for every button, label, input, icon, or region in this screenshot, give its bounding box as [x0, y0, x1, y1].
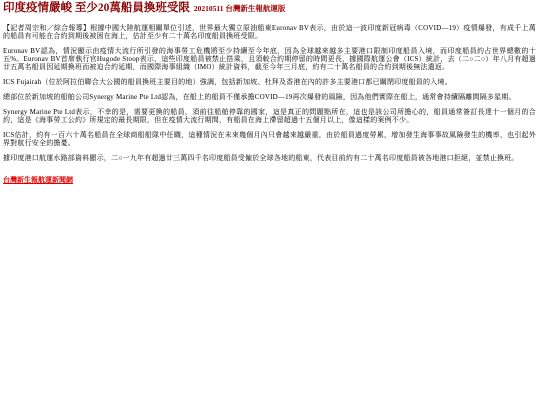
page-title: 印度疫情嚴峻 至少20萬船員換班受限20210511 台灣新生報航運版	[3, 2, 536, 15]
paragraph: ICS Fujairah（位於阿拉伯聯合大公國的船員換班主要目的地）強調，包括新…	[3, 78, 536, 86]
paragraph-lead: 【記者周宗和／綜合報導】根據中國大陸航運相關單位引述，世界最大獨立原油船東Eur…	[3, 24, 536, 40]
news-article: 印度疫情嚴峻 至少20萬船員換班受限20210511 台灣新生報航運版 【記者周…	[0, 0, 540, 187]
paragraph: 總部位於新加坡的船舶公司Synergy Marine Pte Ltd認為，在船上…	[3, 93, 536, 101]
paragraph: ICS估計，約有一百六十萬名船員在全球商船船隊中任職，這種情況在未來幾個月內只會…	[3, 131, 536, 147]
article-title: 印度疫情嚴峻 至少20萬船員換班受限	[3, 2, 190, 14]
article-dateline: 20210511 台灣新生報航運版	[194, 4, 285, 13]
paragraph: Synergy Marine Pte Ltd表示，不幸的是，需要更換的船員，須前…	[3, 108, 536, 124]
paragraph: 據印度港口航運水路部資料顯示，二○一九年有超過廿三萬四千名印度船員受僱於全球各地…	[3, 154, 536, 162]
paragraph: Euronav BV認為，情況顯示由疫情大流行所引發的海事勞工危機將至少持續至今…	[3, 47, 536, 71]
source-link[interactable]: 台灣新生報航運新聞網	[3, 176, 73, 184]
